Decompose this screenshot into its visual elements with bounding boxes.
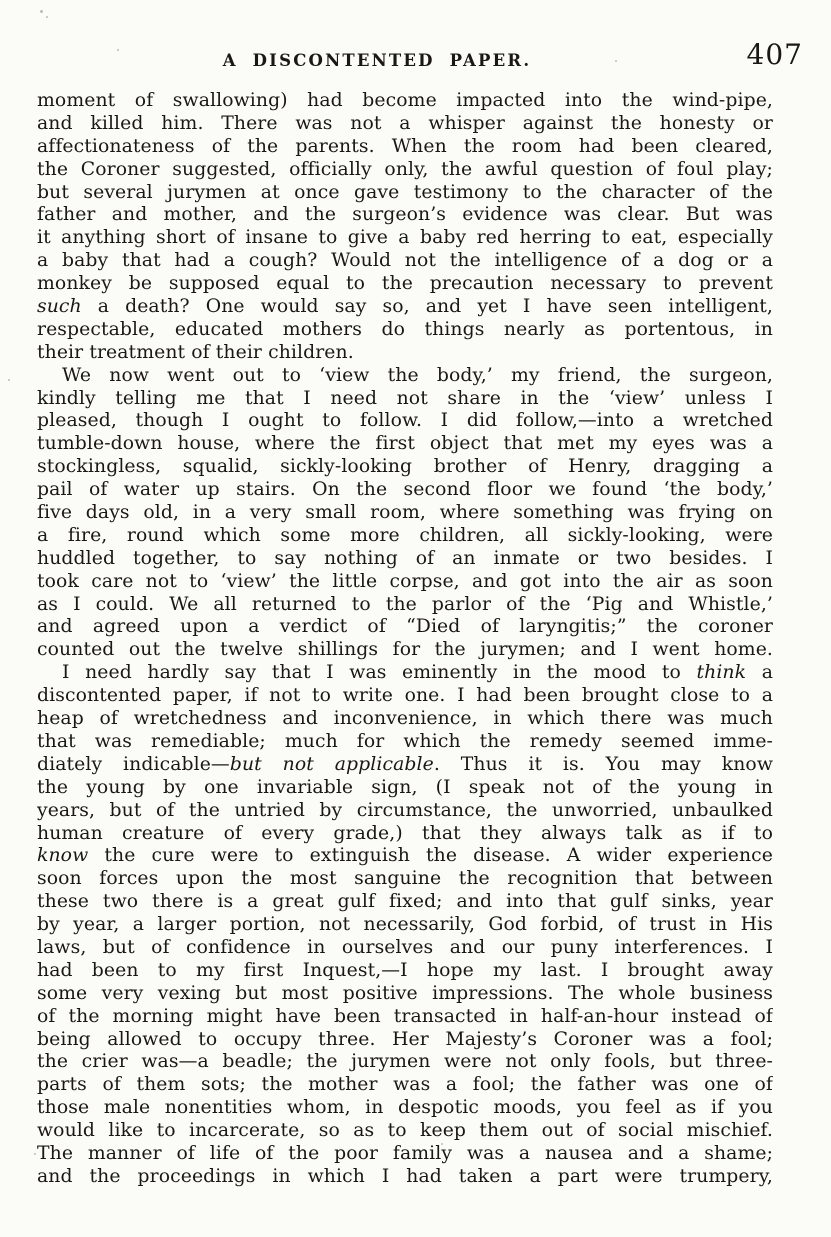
- scanned-book-page: { "document": { "header": { "title": "A …: [0, 0, 831, 1237]
- text-line: soon forces upon the most sanguine the r…: [37, 868, 773, 891]
- text-line: a baby that had a cough? Would not the i…: [37, 250, 773, 273]
- text-line: know the cure were to extinguish the dis…: [37, 845, 773, 868]
- text-line: discontented paper, if not to write one.…: [37, 685, 773, 708]
- text-line: a fire, round which some more children, …: [37, 525, 773, 548]
- text-line: their treatment of their children.: [37, 342, 773, 365]
- text-line: father and mother, and the surgeon’s evi…: [37, 204, 773, 227]
- text-line: had been to my first Inquest,—I hope my …: [37, 960, 773, 983]
- text-line: the crier was—a beadle; the jurymen were…: [37, 1051, 773, 1074]
- text-line: of the morning might have been transacte…: [37, 1006, 773, 1029]
- text-line: those male nonentities whom, in despotic…: [37, 1097, 773, 1120]
- text-line: respectable, educated mothers do things …: [37, 319, 773, 342]
- text-line: years, but of the untried by circumstanc…: [37, 800, 773, 823]
- text-line: We now went out to ‘view the body,’ my f…: [37, 365, 773, 388]
- text-line: The manner of life of the poor family wa…: [37, 1143, 773, 1166]
- text-line: kindly telling me that I need not share …: [37, 388, 773, 411]
- scan-speck: [40, 10, 43, 13]
- text-line: took care not to ‘view’ the little corps…: [37, 571, 773, 594]
- running-title: A DISCONTENTED PAPER.: [37, 51, 717, 70]
- text-line: affectionateness of the parents. When th…: [37, 136, 773, 159]
- text-line: pleased, though I ought to follow. I did…: [37, 410, 773, 433]
- text-line: some very vexing but most positive impre…: [37, 983, 773, 1006]
- text-line: and the proceedings in which I had taken…: [37, 1166, 773, 1189]
- text-line: but several jurymen at once gave testimo…: [37, 182, 773, 205]
- text-line: stockingless, squalid, sickly-looking br…: [37, 456, 773, 479]
- text-line: laws, but of confidence in ourselves and…: [37, 937, 773, 960]
- paragraph: moment of swallowing) had become impacte…: [37, 90, 773, 365]
- paragraph: We now went out to ‘view the body,’ my f…: [37, 365, 773, 663]
- text-line: and agreed upon a verdict of “Died of la…: [37, 616, 773, 639]
- text-line: it anything short of insane to give a ba…: [37, 227, 773, 250]
- text-line: would like to incarcerate, so as to keep…: [37, 1120, 773, 1143]
- scan-speck: [34, 1153, 36, 1155]
- text-line: counted out the twelve shillings for the…: [37, 639, 773, 662]
- text-line: that was remediable; much for which the …: [37, 731, 773, 754]
- text-line: heap of wretchedness and inconvenience, …: [37, 708, 773, 731]
- text-line: the Coroner suggested, officially only, …: [37, 159, 773, 182]
- paragraph: I need hardly say that I was eminently i…: [37, 662, 773, 1188]
- text-line: monkey be supposed equal to the precauti…: [37, 273, 773, 296]
- text-line: tumble-down house, where the first objec…: [37, 433, 773, 456]
- scan-speck: [8, 379, 10, 381]
- text-line: as I could. We all returned to the parlo…: [37, 594, 773, 617]
- page-number: 407: [747, 38, 803, 71]
- page-sheet: A DISCONTENTED PAPER. 407 moment of swal…: [0, 0, 831, 1237]
- text-line: by year, a larger portion, not necessari…: [37, 914, 773, 937]
- text-line: the young by one invariable sign, (I spe…: [37, 777, 773, 800]
- text-line: huddled together, to say nothing of an i…: [37, 548, 773, 571]
- scan-speck: [46, 16, 48, 18]
- text-line: such a death? One would say so, and yet …: [37, 296, 773, 319]
- text-line: pail of water up stairs. On the second f…: [37, 479, 773, 502]
- text-line: being allowed to occupy three. Her Majes…: [37, 1029, 773, 1052]
- text-line: I need hardly say that I was eminently i…: [37, 662, 773, 685]
- text-line: parts of them sots; the mother was a foo…: [37, 1074, 773, 1097]
- text-line: and killed him. There was not a whisper …: [37, 113, 773, 136]
- text-line: moment of swallowing) had become impacte…: [37, 90, 773, 113]
- text-line: these two there is a great gulf fixed; a…: [37, 891, 773, 914]
- text-line: five days old, in a very small room, whe…: [37, 502, 773, 525]
- text-line: diately indicable—but not applicable. Th…: [37, 754, 773, 777]
- page-body: moment of swallowing) had become impacte…: [37, 90, 773, 1189]
- text-line: human creature of every grade,) that the…: [37, 823, 773, 846]
